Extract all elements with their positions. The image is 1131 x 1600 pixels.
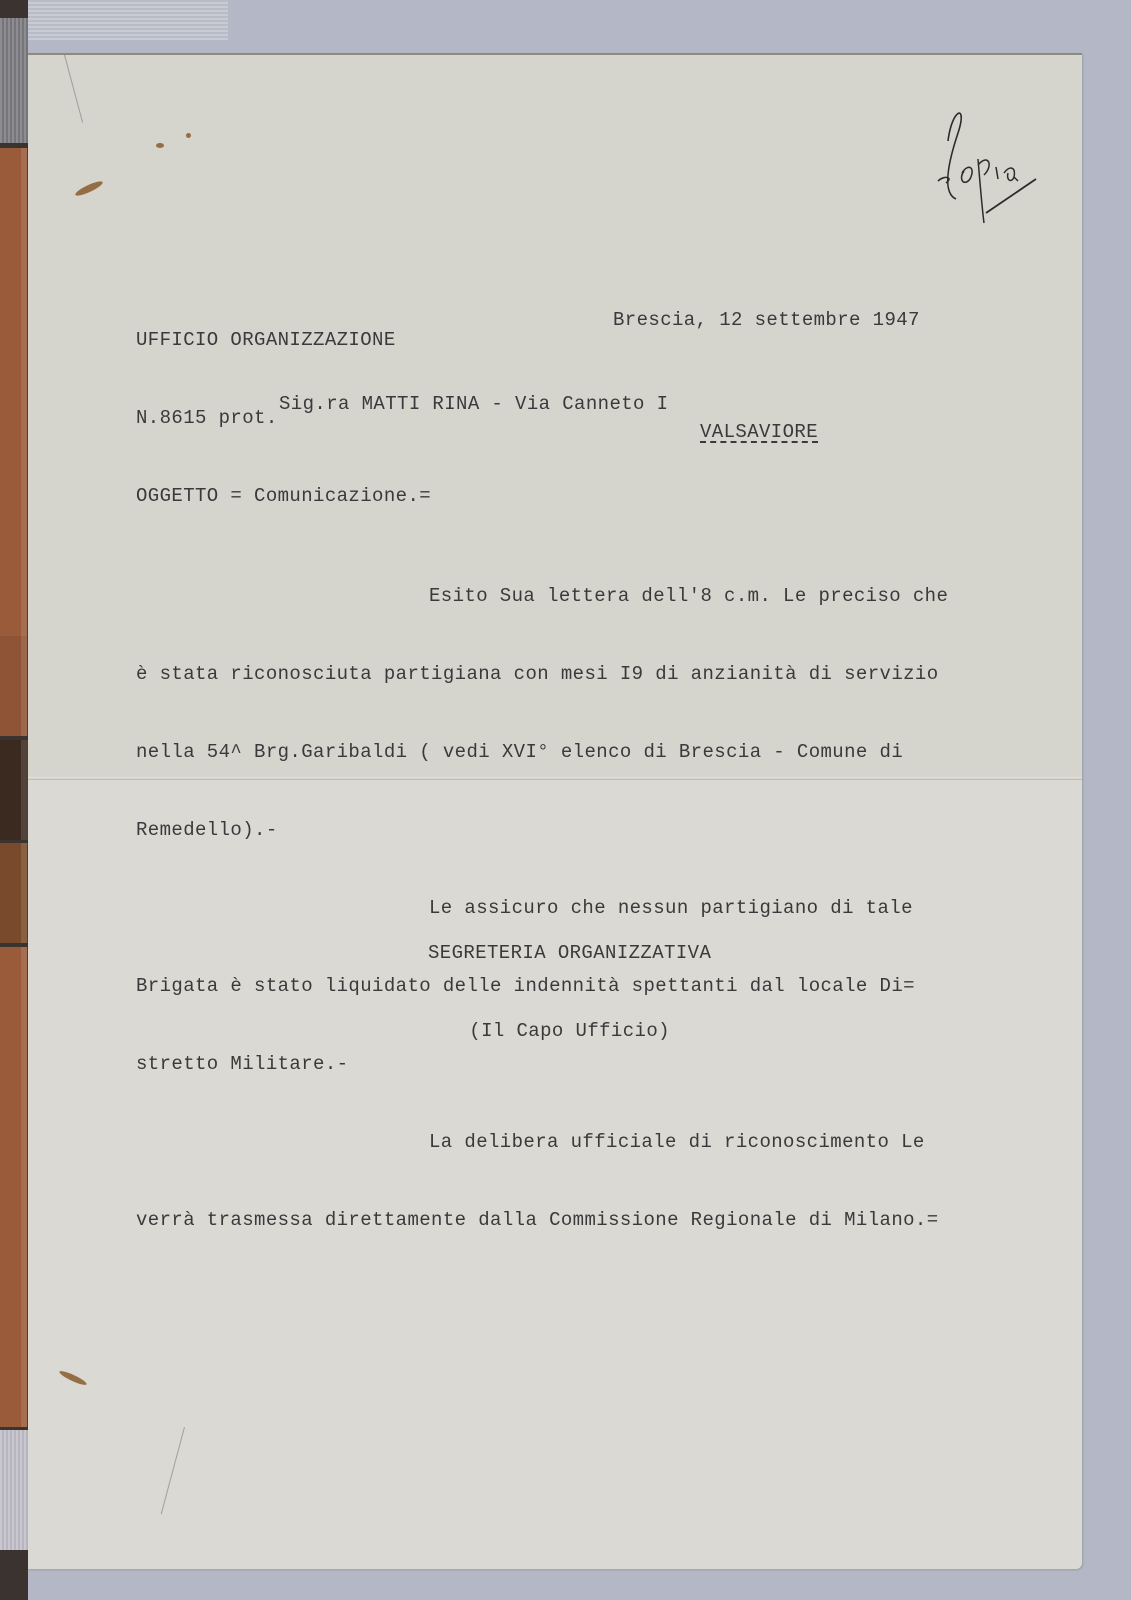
binding-segment [0, 636, 28, 736]
addressee-line: Sig.ra MATTI RINA - Via Canneto I [279, 391, 668, 417]
rust-stain [156, 143, 164, 148]
pencil-mark [161, 1427, 185, 1514]
signature-block: SEGRETERIA ORGANIZZATIVA (Il Capo Uffici… [428, 888, 711, 1096]
book-binding [0, 0, 28, 1600]
addressee-city: VALSAVIORE [700, 419, 818, 445]
body-line: Esito Sua lettera dell'8 c.m. Le preciso… [136, 583, 948, 609]
letter-header: UFFICIO ORGANIZZAZIONE N.8615 prot. OGGE… [136, 275, 431, 561]
date-line: Brescia, 12 settembre 1947 [613, 307, 920, 333]
body-line: La delibera ufficiale di riconoscimento … [136, 1129, 948, 1155]
signature-title: (Il Capo Ufficio) [428, 1018, 711, 1044]
binding-tape-bottom [0, 1430, 28, 1550]
body-line: è stata riconosciuta partigiana con mesi… [136, 661, 948, 687]
binding-segment [0, 148, 28, 636]
body-line: verrà trasmessa direttamente dalla Commi… [136, 1207, 948, 1233]
rust-stain [186, 133, 191, 138]
top-ribbon-tape [28, 0, 228, 40]
binding-segment [0, 843, 28, 943]
signature-office: SEGRETERIA ORGANIZZATIVA [428, 940, 711, 966]
binding-segment [0, 740, 28, 840]
subject-line: OGGETTO = Comunicazione.= [136, 483, 431, 509]
rust-stain [58, 1369, 88, 1387]
office-name: UFFICIO ORGANIZZAZIONE [136, 327, 431, 353]
binding-segment [0, 947, 28, 1427]
handwritten-copia-annotation: Copia [910, 83, 1040, 233]
body-line: Remedello).- [136, 817, 948, 843]
letter-sheet: Copia UFFICIO ORGANIZZAZIONE N.8615 prot… [28, 53, 1082, 1569]
binding-tape-top [0, 18, 28, 143]
body-line: nella 54^ Brg.Garibaldi ( vedi XVI° elen… [136, 739, 948, 765]
